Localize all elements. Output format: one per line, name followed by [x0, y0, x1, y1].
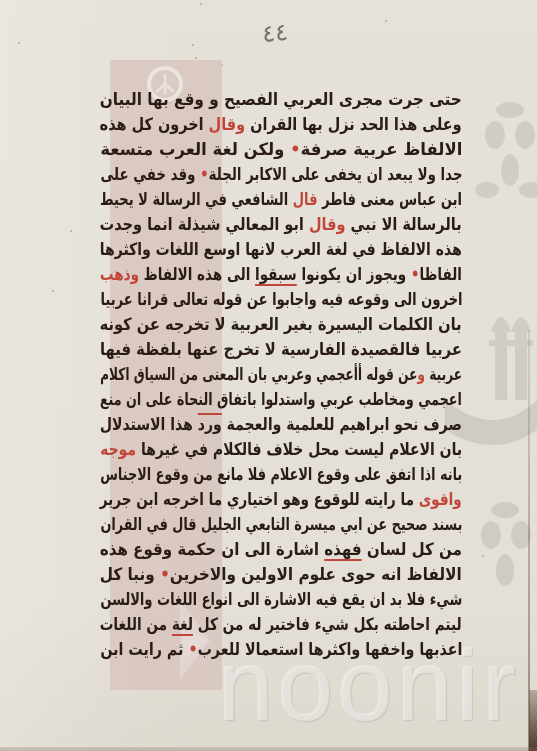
text-segment: الالفاظ عربية صرفة: [300, 140, 462, 160]
rubric-word: وذهب: [100, 265, 139, 285]
rubric-word: وقال: [209, 115, 245, 135]
manuscript-line: الالفاظ انه حوى علوم الاولين والاخرين• و…: [100, 563, 462, 588]
manuscript-line: اعجمي ومخاطب عربي واستدلوا باتفاق النحاة…: [100, 388, 462, 413]
manuscript-line: ابن عباس معنى فاطر قال الشافعي في الرسال…: [100, 188, 462, 213]
rubric-dot: •: [290, 140, 301, 160]
text-segment: الفاظا: [420, 265, 462, 285]
manuscript-line: هذه الالفاظ في لغة العرب لانها اوسع اللغ…: [100, 238, 462, 263]
text-segment: اعجمي ومخاطب عربي واستدلوا باتفاق النحاة…: [100, 390, 462, 410]
text-segment: شيء فلا بد ان يقع فيه الاشارة الى انواع …: [100, 590, 462, 610]
manuscript-line: واقوى ما رايته للوقوع وهو اختياري ما اخر…: [100, 488, 462, 513]
manuscript-line: الالفاظ عربية صرفة• ولكن لغة العرب متسعة: [100, 138, 462, 163]
line-text: وعلى هذا الحد نزل بها القران وقال اخرون …: [100, 113, 462, 138]
red-underlined-word: فهذه: [324, 540, 361, 560]
line-text: الفاظا• ويجوز ان يكونوا سبقوا الى هذه ال…: [100, 263, 462, 288]
line-text: الالفاظ انه حوى علوم الاولين والاخرين• و…: [100, 563, 462, 588]
manuscript-line: صرف نحو ابراهيم للعلمية والعجمة ورد هذا …: [100, 413, 462, 438]
rubric-dot: •: [188, 640, 197, 660]
red-underlined-word: سبقوا: [255, 265, 297, 285]
text-segment: بان الكلمات اليسيرة بغير العربية لا تخرج…: [100, 315, 462, 335]
paper-speck: [195, 57, 197, 59]
text-segment: بانه اذا اتفق على وقوع الاعلام فلا مانع …: [100, 465, 462, 485]
manuscript-line: عربيا فالقصيدة الفارسية لا تخرج عنها بلف…: [100, 338, 462, 363]
text-segment: الى هذه الالفاظ: [139, 265, 255, 285]
line-text: بانه اذا اتفق على وقوع الاعلام فلا مانع …: [100, 463, 462, 488]
rubric-word: وقال: [309, 215, 346, 235]
manuscript-text: حتى جرت مجرى العربي الفصيح و وقع بها الب…: [100, 88, 462, 663]
text-segment: وقد خفي على: [100, 165, 200, 185]
manuscript-line: عربية وعن قوله أأعجمي وعربي بان المعنى م…: [100, 363, 462, 388]
line-text: واقوى ما رايته للوقوع وهو اختياري ما اخر…: [100, 488, 462, 513]
line-text: شيء فلا بد ان يقع فيه الاشارة الى انواع …: [100, 588, 462, 613]
rubric-word: موجه: [100, 440, 136, 460]
text-segment: جدا ولا يبعد ان يخفى على الاكابر الجلة: [208, 165, 462, 185]
text-segment: اخرون كل هذه: [100, 115, 209, 135]
text-segment: عربية: [425, 365, 462, 385]
manuscript-line: حتى جرت مجرى العربي الفصيح و وقع بها الب…: [100, 88, 462, 113]
text-segment: عن قوله أأعجمي وعربي بان المعنى من السيا…: [100, 365, 417, 385]
text-segment: الشافعي في الرسالة لا يحيط: [100, 190, 293, 210]
line-text: اخرون الى وقوعه فيه واجابوا عن قوله تعال…: [100, 288, 462, 313]
text-segment: ولكن لغة العرب متسعة: [100, 140, 290, 160]
text-segment: ابو المعالي شيذلة انما وجدت: [100, 215, 309, 235]
manuscript-line: بان الكلمات اليسيرة بغير العربية لا تخرج…: [100, 313, 462, 338]
red-overlined-word: ورد: [198, 415, 222, 435]
manuscript-line: اخرون الى وقوعه فيه واجابوا عن قوله تعال…: [100, 288, 462, 313]
text-segment: بسند صحيح عن ابي ميسرة التابعي الجليل قا…: [100, 515, 462, 535]
rubric-dot: •: [160, 565, 170, 585]
page-bottom-edge: [0, 747, 537, 751]
text-segment: الالفاظ انه حوى علوم الاولين والاخرين: [170, 565, 462, 585]
manuscript-line: بانه اذا اتفق على وقوع الاعلام فلا مانع …: [100, 463, 462, 488]
text-segment: من اللغات: [100, 615, 172, 635]
folio-number: ٤٤: [261, 17, 290, 50]
text-segment: حتى جرت مجرى العربي الفصيح و وقع بها الب…: [100, 90, 462, 110]
manuscript-line: بالرسالة الا نبي وقال ابو المعالي شيذلة …: [100, 213, 462, 238]
text-segment: وعلى هذا الحد نزل بها القران: [245, 115, 462, 135]
paper-speck: [18, 42, 20, 44]
manuscript-line: بسند صحيح عن ابي ميسرة التابعي الجليل قا…: [100, 513, 462, 538]
manuscript-line: الفاظا• ويجوز ان يكونوا سبقوا الى هذه ال…: [100, 263, 462, 288]
line-text: جدا ولا يبعد ان يخفى على الاكابر الجلة• …: [100, 163, 462, 188]
line-text: بان الاعلام ليست محل خلاف فالكلام في غير…: [100, 438, 462, 463]
line-text: حتى جرت مجرى العربي الفصيح و وقع بها الب…: [100, 88, 462, 113]
line-text: بالرسالة الا نبي وقال ابو المعالي شيذلة …: [100, 213, 462, 238]
text-segment: ويجوز ان يكونوا: [297, 265, 411, 285]
text-segment: عربيا فالقصيدة الفارسية لا تخرج عنها بلف…: [100, 340, 462, 360]
manuscript-line: وعلى هذا الحد نزل بها القران وقال اخرون …: [100, 113, 462, 138]
manuscript-line: من كل لسان فهذه اشارة الى ان حكمة وقوع ه…: [100, 538, 462, 563]
line-text: من كل لسان فهذه اشارة الى ان حكمة وقوع ه…: [100, 538, 462, 563]
rubric-dot: •: [200, 165, 209, 185]
paper-speck: [385, 20, 387, 22]
text-segment: من كل لسان: [362, 540, 462, 560]
line-text: بسند صحيح عن ابي ميسرة التابعي الجليل قا…: [100, 513, 462, 538]
rubric-word: قال: [293, 190, 318, 210]
paper-speck: [192, 44, 194, 46]
text-segment: ابن عباس معنى فاطر: [318, 190, 462, 210]
text-segment: هذه الالفاظ في لغة العرب لانها اوسع اللغ…: [100, 240, 462, 260]
text-segment: صرف نحو ابراهيم للعلمية والعجمة: [222, 415, 462, 435]
line-text: الالفاظ عربية صرفة• ولكن لغة العرب متسعة: [100, 138, 462, 163]
line-text: اعجمي ومخاطب عربي واستدلوا باتفاق النحاة…: [100, 388, 462, 413]
line-text: عربية وعن قوله أأعجمي وعربي بان المعنى م…: [100, 363, 462, 388]
brand-watermark: noonir: [218, 636, 520, 736]
text-segment: ثم رايت ابن: [100, 640, 188, 660]
manuscript-line: شيء فلا بد ان يقع فيه الاشارة الى انواع …: [100, 588, 462, 613]
manuscript-line: جدا ولا يبعد ان يخفى على الاكابر الجلة• …: [100, 163, 462, 188]
text-segment: اشارة الى ان حكمة وقوع هذه: [100, 540, 324, 560]
line-text: صرف نحو ابراهيم للعلمية والعجمة ورد هذا …: [100, 413, 462, 438]
text-segment: ونبا كل: [100, 565, 160, 585]
paper-speck: [200, 3, 202, 5]
red-underlined-word: لغة: [172, 615, 193, 635]
manuscript-line: بان الاعلام ليست محل خلاف فالكلام في غير…: [100, 438, 462, 463]
text-segment: بان الاعلام ليست محل خلاف فالكلام في غير…: [136, 440, 462, 460]
line-text: ابن عباس معنى فاطر قال الشافعي في الرسال…: [100, 188, 462, 213]
line-text: بان الكلمات اليسيرة بغير العربية لا تخرج…: [100, 313, 462, 338]
text-segment: ما رايته للوقوع وهو اختياري ما اخرجه ابن…: [100, 490, 419, 510]
page-edge-shadow: [529, 690, 537, 751]
text-segment: هذا الاستدلال: [100, 415, 198, 435]
text-segment: اخرون الى وقوعه فيه واجابوا عن قوله تعال…: [100, 290, 462, 310]
rubric-dot: •: [411, 265, 420, 285]
rubric-word: واقوى: [419, 490, 462, 510]
line-text: هذه الالفاظ في لغة العرب لانها اوسع اللغ…: [100, 238, 462, 263]
line-text: عربيا فالقصيدة الفارسية لا تخرج عنها بلف…: [100, 338, 462, 363]
text-segment: بالرسالة الا نبي: [346, 215, 462, 235]
